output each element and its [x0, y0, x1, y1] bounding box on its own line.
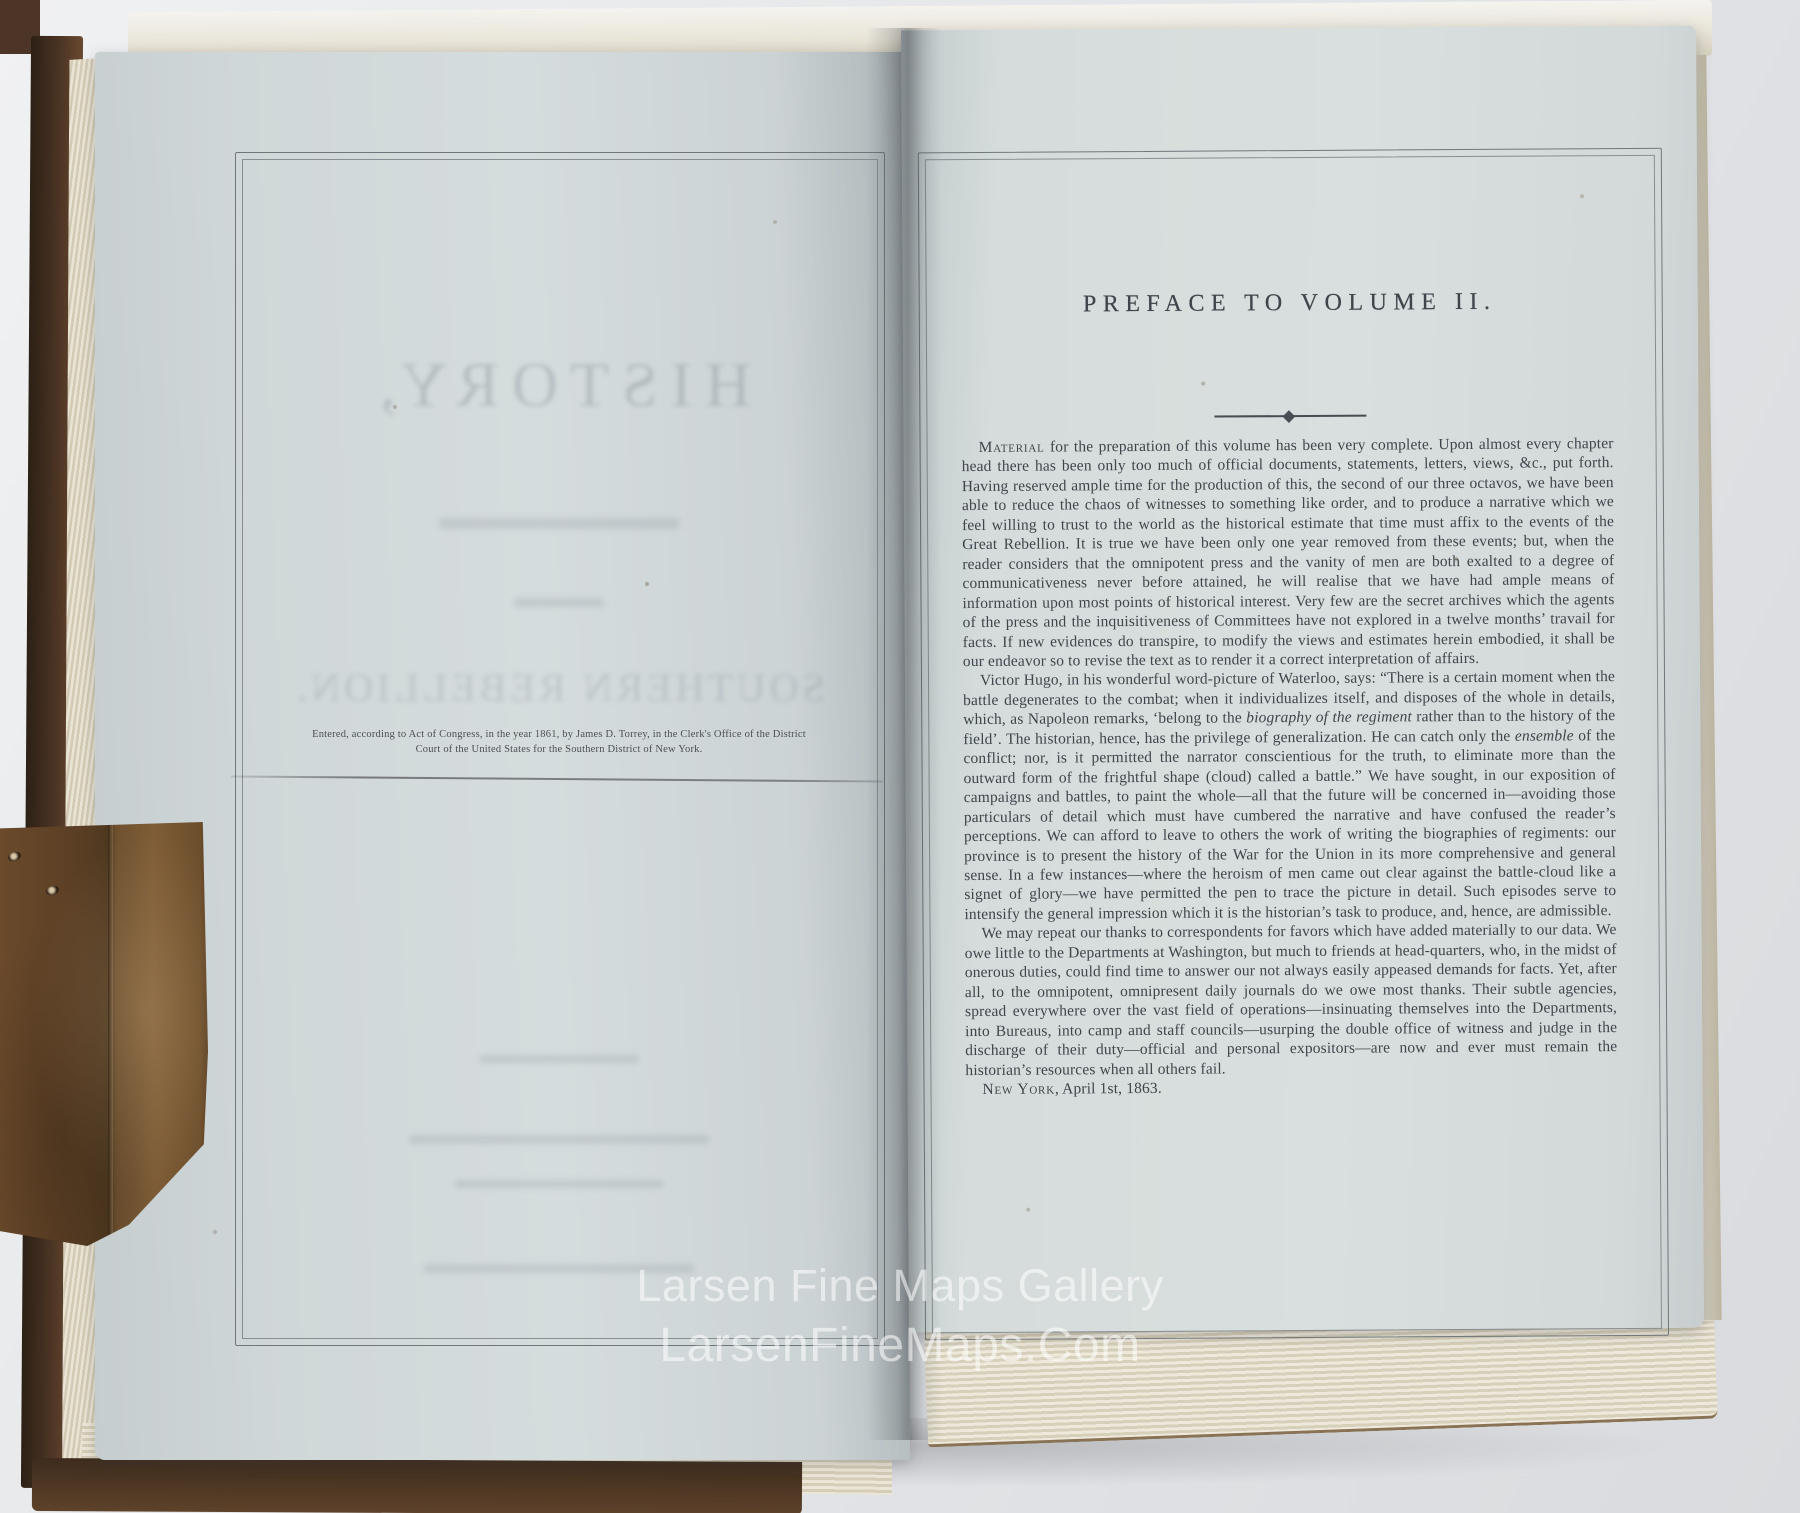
left-page: HISTORY, SOUTHERN REBELLION. Entered, ac… — [95, 52, 910, 1460]
copyright-notice: Entered, according to Act of Congress, i… — [263, 728, 855, 757]
leather-fold-line — [108, 822, 113, 1246]
dateline: New York, April 1st, 1863. — [965, 1076, 1617, 1099]
paragraph-2: Victor Hugo, in his wonderful word-pictu… — [963, 668, 1617, 925]
preface-title: PREFACE TO VOLUME II. — [919, 288, 1661, 320]
copyright-line-1: Entered, according to Act of Congress, i… — [263, 728, 855, 743]
diamond-ornament-icon — [1283, 410, 1296, 423]
right-page: PREFACE TO VOLUME II. Material for the p… — [901, 26, 1704, 1333]
paragraph-3: We may repeat our thanks to corresponden… — [964, 920, 1617, 1080]
copyright-line-2: Court of the United States for the South… — [263, 743, 855, 758]
preface-body-text: Material for the preparation of this vol… — [962, 434, 1618, 1099]
book-cover-bottom — [32, 1458, 802, 1513]
paragraph-1: Material for the preparation of this vol… — [962, 434, 1615, 671]
section-divider-rule — [1214, 409, 1366, 424]
